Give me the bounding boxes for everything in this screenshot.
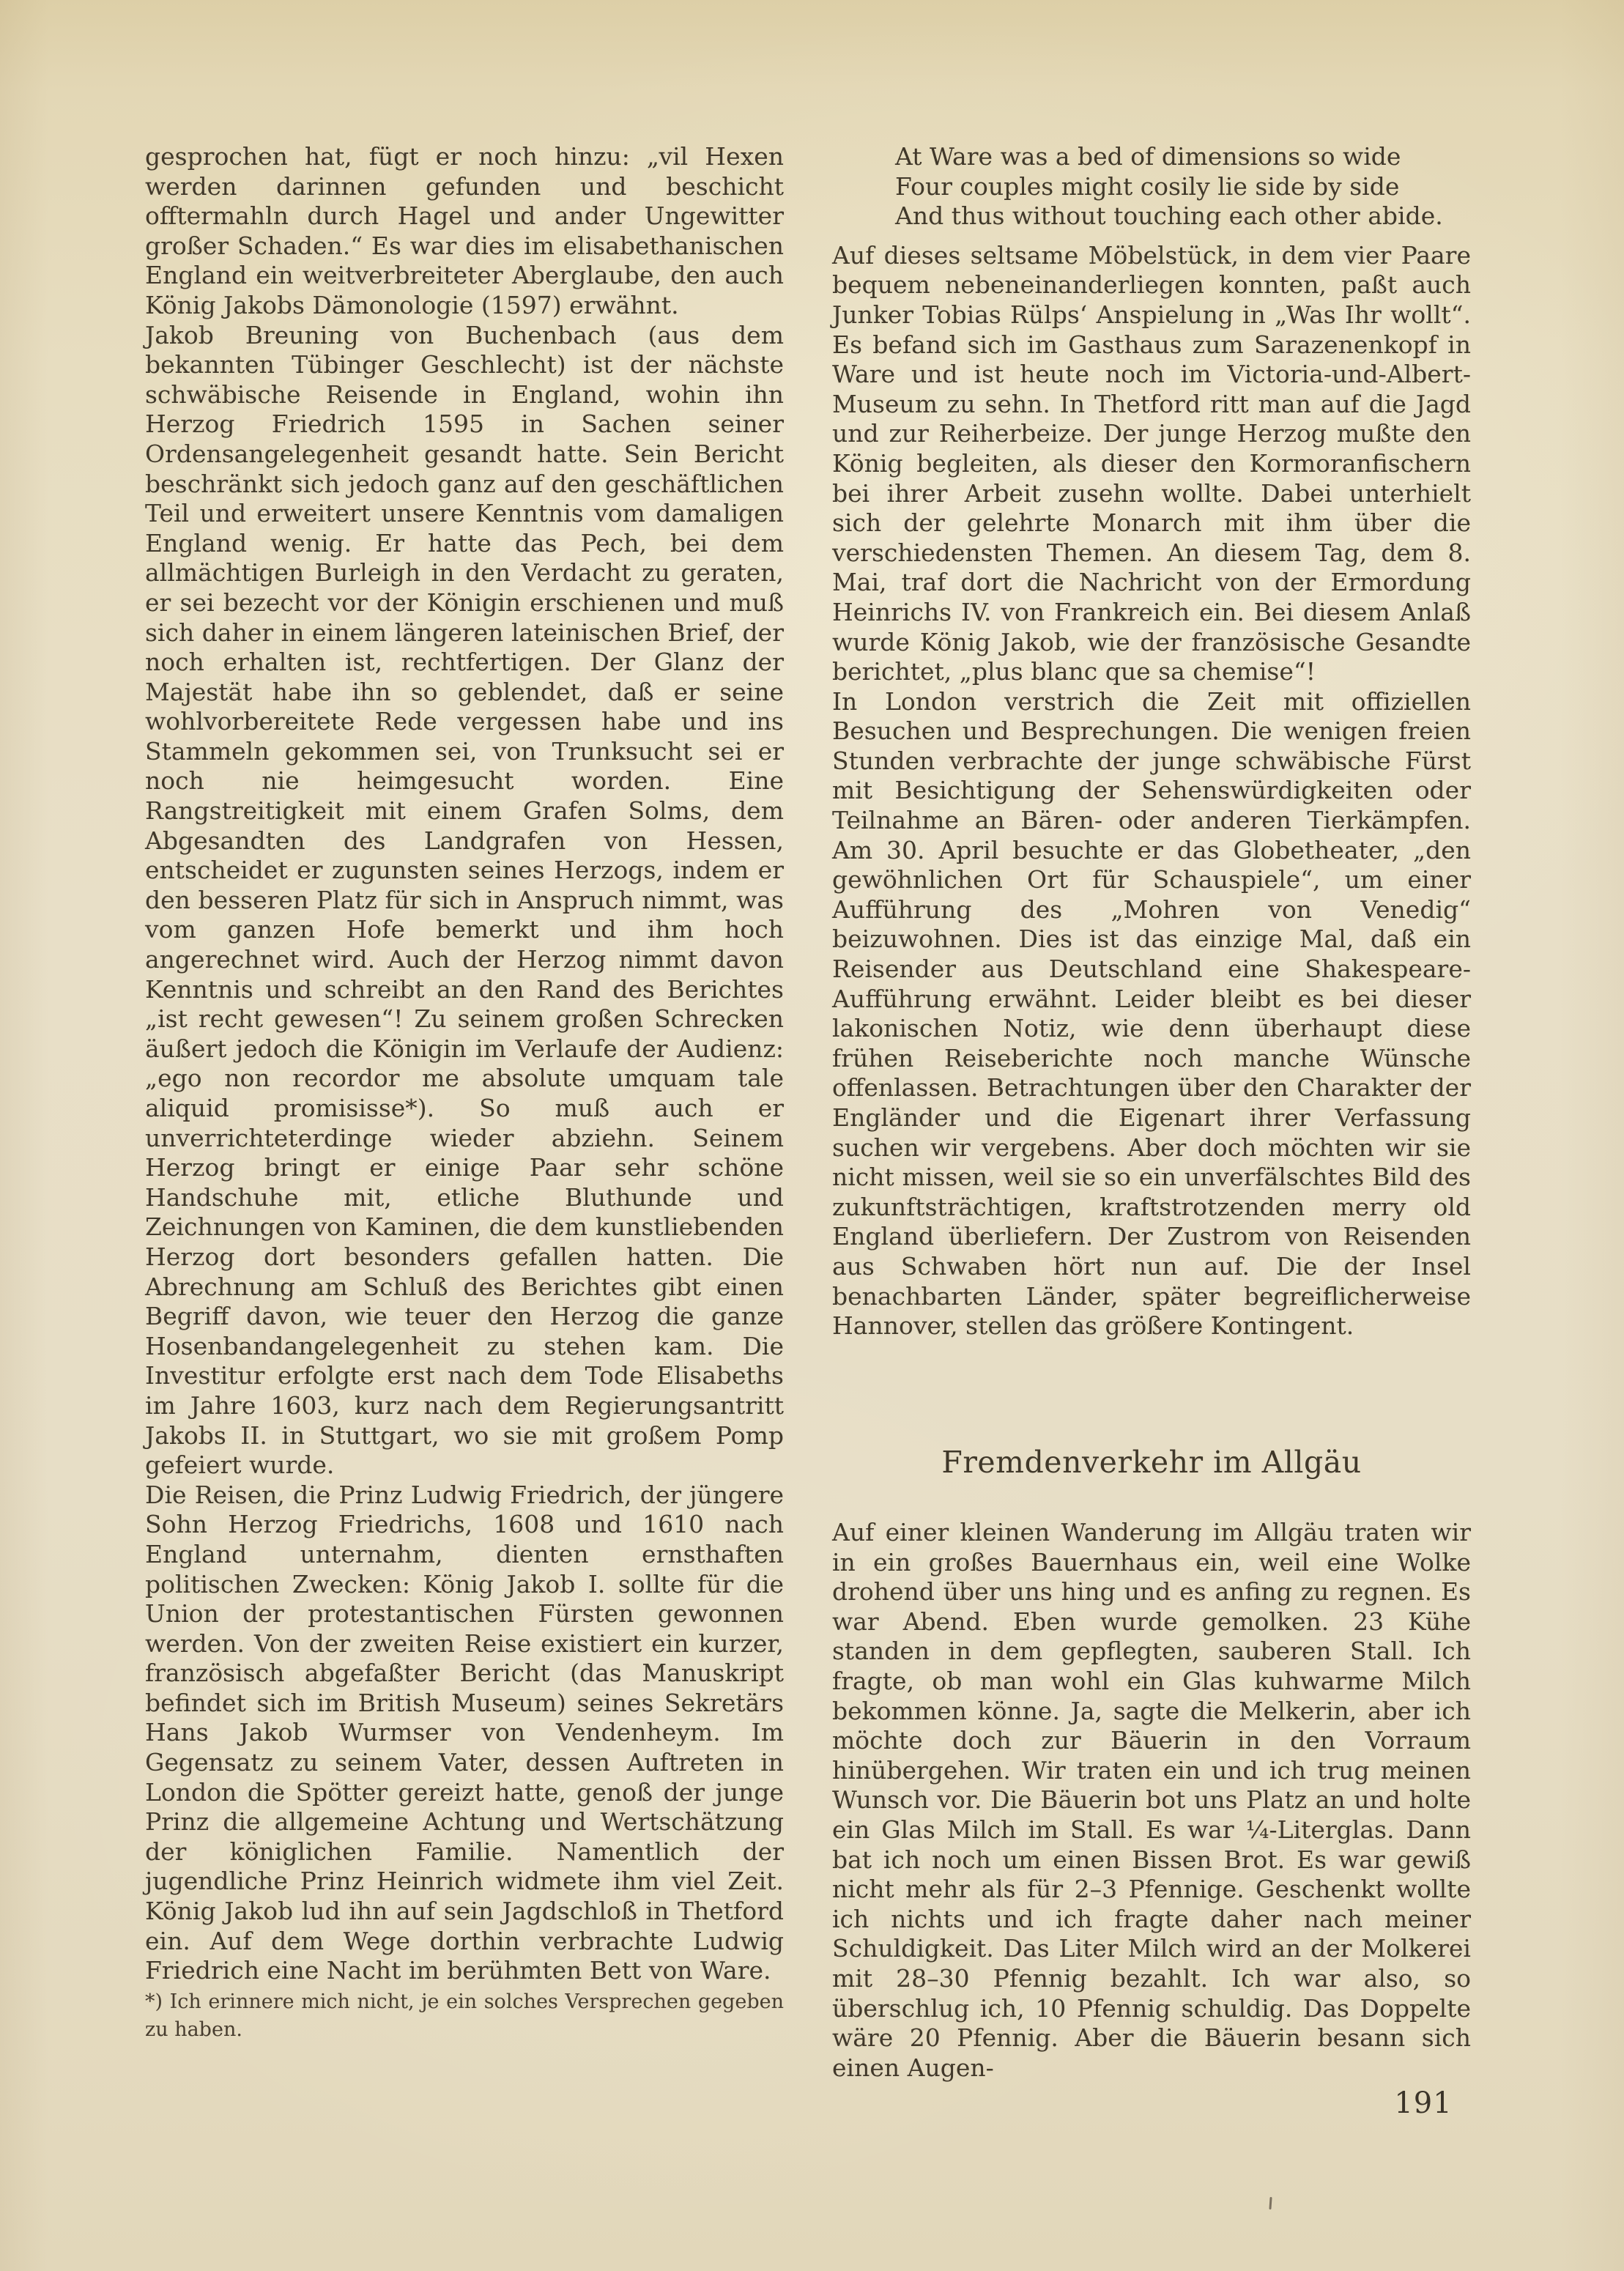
section-heading: Fremdenverkehr im Allgäu <box>832 1445 1471 1480</box>
right-column-bottom: Auf einer kleinen Wanderung im Allgäu tr… <box>832 1518 1471 2083</box>
right-column-top: At Ware was a bed of dimensions so wide … <box>832 142 1471 1341</box>
poem-line: At Ware was a bed of dimensions so wide <box>895 142 1471 172</box>
poem-line: And thus without touching each other abi… <box>895 201 1471 231</box>
poem-line: Four couples might cosily lie side by si… <box>895 172 1471 202</box>
paragraph: Auf einer kleinen Wanderung im Allgäu tr… <box>832 1518 1471 2083</box>
paragraph: Auf dieses seltsame Möbelstück, in dem v… <box>832 241 1471 687</box>
book-page: gesprochen hat, fügt er noch hinzu: „vil… <box>0 0 1624 2271</box>
page-number: 191 <box>1361 2086 1486 2120</box>
paragraph: Jakob Breuning von Buchenbach (aus dem b… <box>145 321 784 1481</box>
scan-artifact <box>1269 2197 1272 2209</box>
paragraph: In London verstrich die Zeit mit offizie… <box>832 687 1471 1341</box>
footnote: *) Ich erinnere mich nicht, je ein solch… <box>145 1988 784 2043</box>
left-column: gesprochen hat, fügt er noch hinzu: „vil… <box>145 142 784 1986</box>
paragraph: Die Reisen, die Prinz Ludwig Friedrich, … <box>145 1481 784 1986</box>
paragraph: gesprochen hat, fügt er noch hinzu: „vil… <box>145 142 784 321</box>
poem-quote: At Ware was a bed of dimensions so wide … <box>895 142 1471 231</box>
